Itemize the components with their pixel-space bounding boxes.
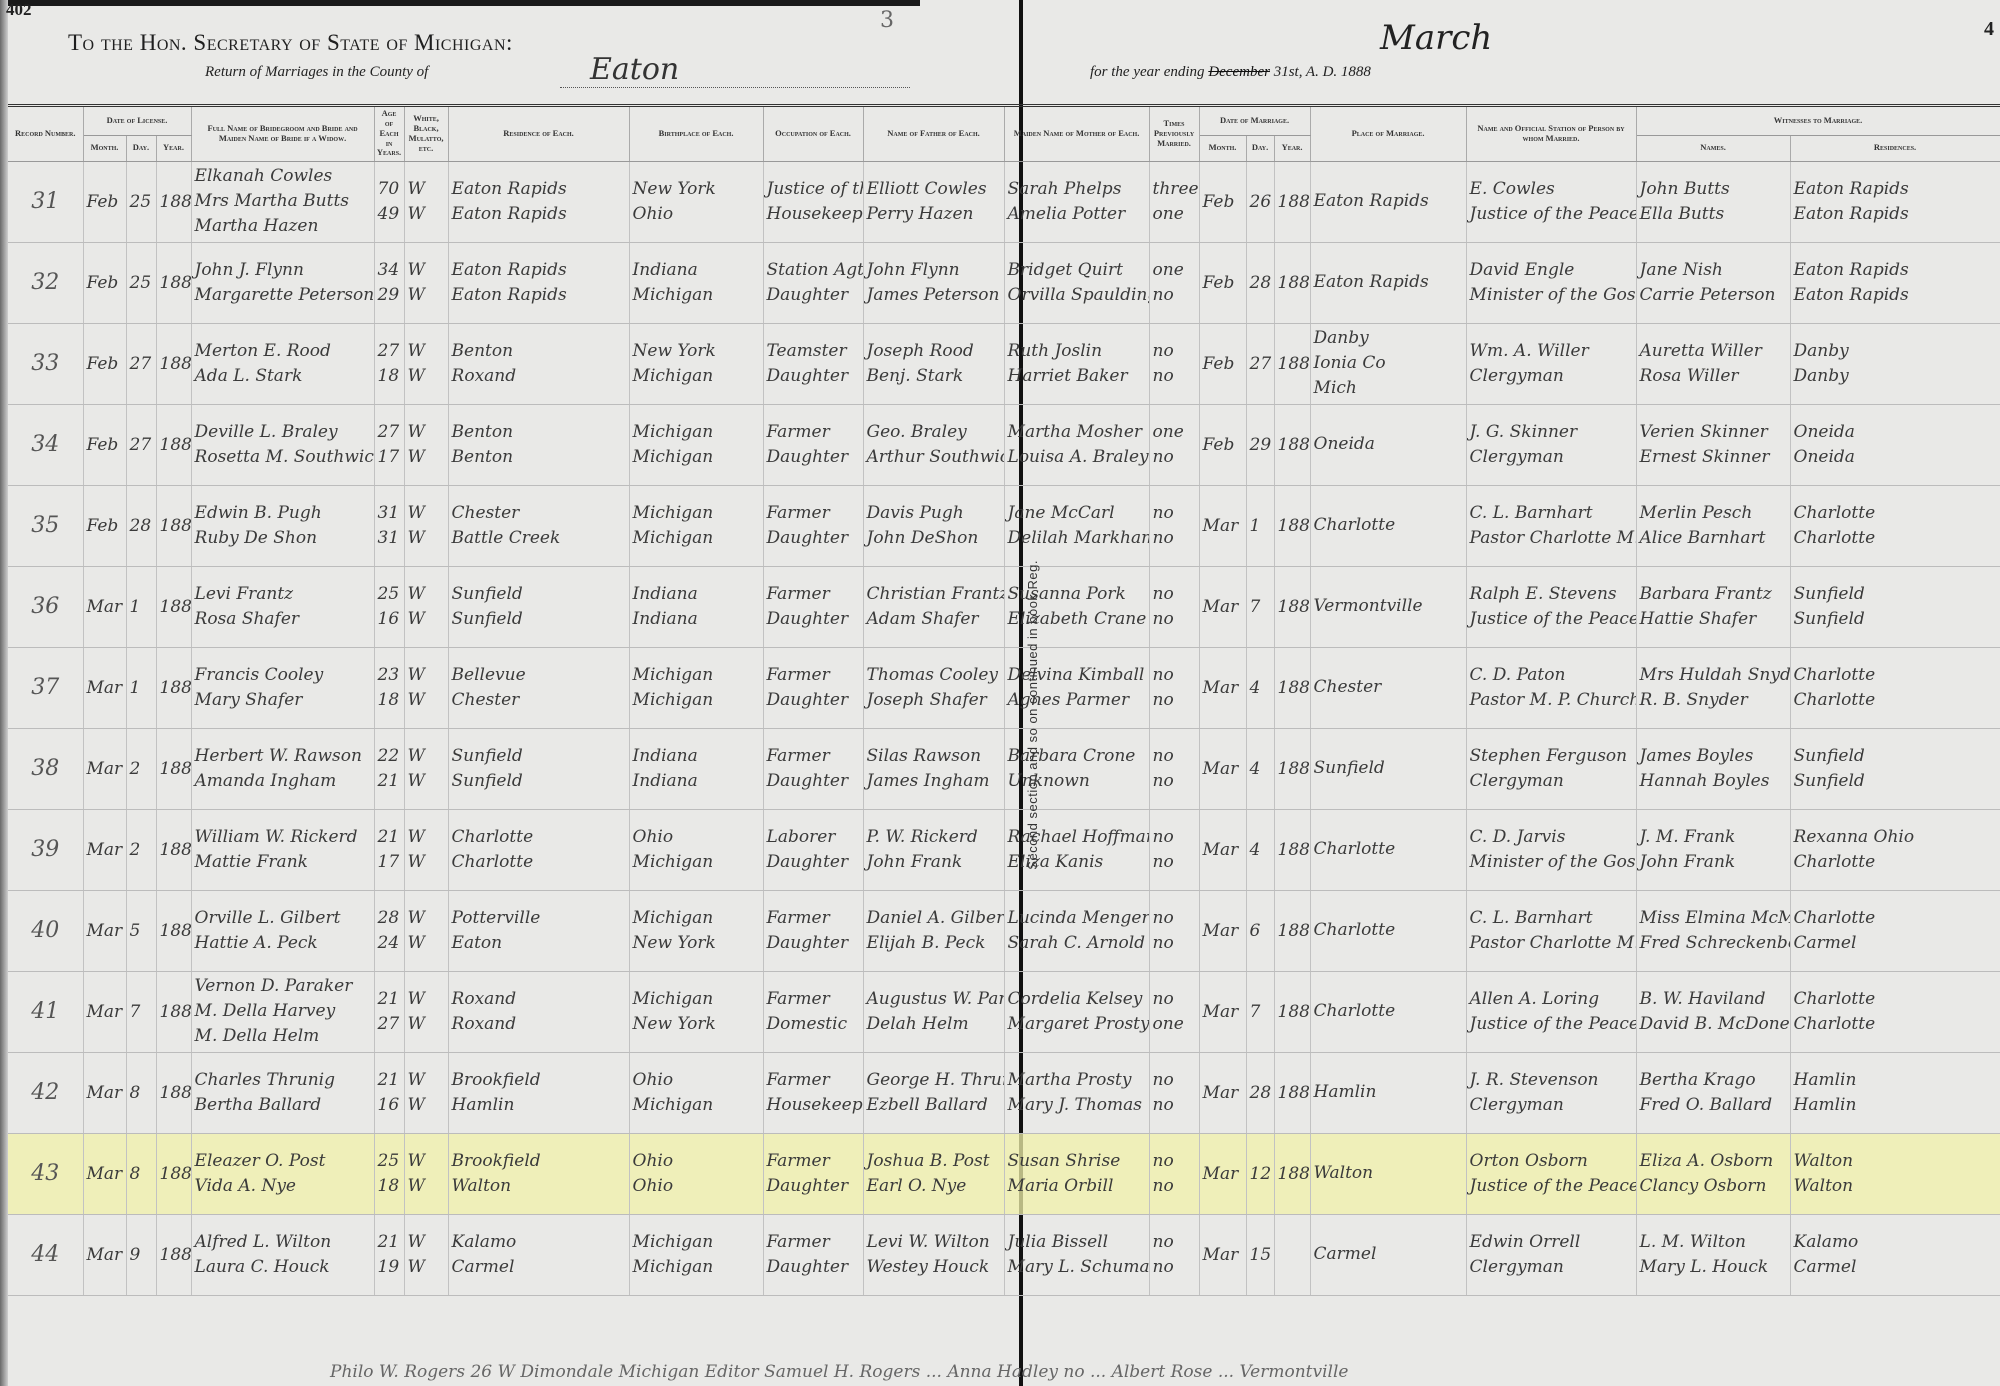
header-color: White, Black, Mulatto, etc. (404, 107, 448, 161)
birthplace-line: New York (633, 339, 760, 364)
license-month: Mar (83, 647, 126, 728)
license-month: Feb (83, 242, 126, 323)
witness-names-line: David B. McDonell (1640, 1012, 1787, 1037)
residence: BentonRoxand (448, 323, 629, 404)
marriage-place: Vermontville (1310, 566, 1466, 647)
header-times-married: Times Previously Married. (1149, 107, 1199, 161)
page-number-right: 4 (1984, 18, 1994, 41)
ages-line: 31 (378, 526, 401, 551)
mother-name: Cordelia KelseyMargaret Prosty (1004, 971, 1149, 1052)
residence-line: Benton (452, 445, 626, 470)
birthplace: New YorkOhio (629, 161, 763, 242)
witness-names-line: Auretta Willer (1640, 339, 1787, 364)
times-married: nono (1149, 890, 1199, 971)
marriage-day: 6 (1246, 890, 1274, 971)
records-body: 31Feb251888Elkanah CowlesMrs Martha Butt… (8, 161, 2000, 1295)
marriage-table: Record Number. Date of License. Full Nam… (8, 107, 2000, 1296)
times-married: nono (1149, 1214, 1199, 1295)
license-day: 2 (126, 728, 156, 809)
witness-names-line: Jane Nish (1640, 258, 1787, 283)
residence-line: Sunfield (452, 607, 626, 632)
father-name-line: Earl O. Nye (867, 1174, 1001, 1199)
officiant-line: Justice of the Peace (1470, 202, 1633, 227)
header-full-name: Full Name of Bridegroom and Bride and Ma… (191, 107, 374, 161)
times-married-line: no (1153, 987, 1196, 1012)
mother-name-line: Jane McCarl (1008, 501, 1146, 526)
mother-name-line: Harriet Baker (1008, 364, 1146, 389)
license-month: Mar (83, 1052, 126, 1133)
color-line: W (408, 825, 445, 850)
marriage-place: DanbyIonia CoMich (1310, 323, 1466, 404)
table-row: 41Mar71888Vernon D. ParakerM. Della Harv… (8, 971, 2000, 1052)
birthplace: OhioMichigan (629, 809, 763, 890)
officiant-line: C. D. Jarvis (1470, 825, 1633, 850)
marriage-place: Charlotte (1310, 485, 1466, 566)
witness-names: Barbara FrantzHattie Shafer (1636, 566, 1790, 647)
header-marriage-month: Month. (1199, 135, 1246, 161)
ages-line: 17 (378, 445, 401, 470)
witness-names-line: J. M. Frank (1640, 825, 1787, 850)
couple-names-line: Amanda Ingham (195, 769, 371, 794)
witness-names: B. W. HavilandDavid B. McDonell (1636, 971, 1790, 1052)
color-line: W (408, 663, 445, 688)
marriage-year: 1888 (1274, 404, 1310, 485)
witness-names: J. M. FrankJohn Frank (1636, 809, 1790, 890)
marriage-month: Feb (1199, 323, 1246, 404)
residence: RoxandRoxand (448, 971, 629, 1052)
marriage-year: 1888 (1274, 566, 1310, 647)
residence-line: Sunfield (452, 769, 626, 794)
times-married: nono (1149, 323, 1199, 404)
marriage-day: 28 (1246, 1052, 1274, 1133)
occupation-line: Daughter (767, 1174, 860, 1199)
record-number: 33 (8, 323, 83, 404)
witness-names-line: James Boyles (1640, 744, 1787, 769)
witness-names: James BoylesHannah Boyles (1636, 728, 1790, 809)
marriage-year: 1888 (1274, 890, 1310, 971)
color-line: W (408, 987, 445, 1012)
residence-line: Eaton Rapids (452, 177, 626, 202)
father-name-line: James Peterson (867, 283, 1001, 308)
marriage-place: Walton (1310, 1133, 1466, 1214)
couple-names: Merton E. RoodAda L. Stark (191, 323, 374, 404)
mother-name-line: Lucinda Menger (1008, 906, 1146, 931)
marriage-place: Charlotte (1310, 890, 1466, 971)
marriage-place: Carmel (1310, 1214, 1466, 1295)
header-age: Age of Each in Years. (374, 107, 404, 161)
birthplace-line: Michigan (633, 1255, 760, 1280)
times-married-line: no (1153, 364, 1196, 389)
residence-line: Roxand (452, 987, 626, 1012)
mother-name: Sarah PhelpsAmelia Potter (1004, 161, 1149, 242)
marriage-place-line: Vermontville (1314, 594, 1463, 619)
witness-residences: KalamoCarmel (1790, 1214, 2000, 1295)
birthplace-line: Michigan (633, 526, 760, 551)
header-witness-residences: Residences. (1790, 135, 2000, 161)
occupation-line: Daughter (767, 445, 860, 470)
marriage-month: Mar (1199, 485, 1246, 566)
father-name-line: Joseph Shafer (867, 688, 1001, 713)
times-married: nono (1149, 1052, 1199, 1133)
license-year: 1888 (156, 1214, 191, 1295)
residence: Eaton RapidsEaton Rapids (448, 161, 629, 242)
marriage-place-line: Charlotte (1314, 999, 1463, 1024)
witness-names-line: Clancy Osborn (1640, 1174, 1787, 1199)
ages-line: 16 (378, 1093, 401, 1118)
officiant-line: Clergyman (1470, 445, 1633, 470)
color-line: W (408, 906, 445, 931)
times-married-line: no (1153, 1093, 1196, 1118)
witness-residences-line: Hamlin (1794, 1093, 1997, 1118)
color: WW (404, 971, 448, 1052)
color-line: W (408, 1068, 445, 1093)
witness-residences-line: Oneida (1794, 445, 1997, 470)
witness-names-line: Carrie Peterson (1640, 283, 1787, 308)
witness-residences: SunfieldSunfield (1790, 566, 2000, 647)
occupation: FarmerDaughter (763, 1214, 863, 1295)
father-name-line: John Frank (867, 850, 1001, 875)
witness-names: Bertha KragoFred O. Ballard (1636, 1052, 1790, 1133)
residence-line: Sunfield (452, 582, 626, 607)
marriage-place-line: Walton (1314, 1161, 1463, 1186)
birthplace-line: Michigan (633, 850, 760, 875)
marriage-place: Charlotte (1310, 809, 1466, 890)
witness-residences-line: Sunfield (1794, 582, 1997, 607)
color: WW (404, 809, 448, 890)
license-year: 1888 (156, 809, 191, 890)
birthplace-line: Michigan (633, 420, 760, 445)
record-number: 43 (8, 1133, 83, 1214)
record-number: 34 (8, 404, 83, 485)
residence-line: Kalamo (452, 1230, 626, 1255)
color-line: W (408, 1174, 445, 1199)
couple-names-line: M. Della Harvey (195, 999, 371, 1024)
residence-line: Battle Creek (452, 526, 626, 551)
ages-line: 21 (378, 987, 401, 1012)
mother-name: Martha ProstyMary J. Thomas (1004, 1052, 1149, 1133)
ages-line: 25 (378, 582, 401, 607)
birthplace-line: Ohio (633, 825, 760, 850)
color-line: W (408, 931, 445, 956)
times-married-line: no (1153, 607, 1196, 632)
year-ending-line: for the year ending December 31st, A. D.… (1090, 64, 1371, 81)
witness-names-line: Barbara Frantz (1640, 582, 1787, 607)
license-year: 1888 (156, 647, 191, 728)
marriage-year (1274, 1214, 1310, 1295)
mother-name-line: Sarah C. Arnold (1008, 931, 1146, 956)
marriage-month: Feb (1199, 161, 1246, 242)
ages-line: 29 (378, 283, 401, 308)
officiant-line: Wm. A. Willer (1470, 339, 1633, 364)
couple-names-line: Orville L. Gilbert (195, 906, 371, 931)
witness-names: Miss Elmina McMickellFred Schreckenberge… (1636, 890, 1790, 971)
witness-names-line: L. M. Wilton (1640, 1230, 1787, 1255)
ages-line: 27 (378, 420, 401, 445)
color: WW (404, 728, 448, 809)
officiant: J. G. SkinnerClergyman (1466, 404, 1636, 485)
occupation-line: Daughter (767, 283, 860, 308)
father-name-line: Geo. Braley (867, 420, 1001, 445)
couple-names: Charles ThrunigBertha Ballard (191, 1052, 374, 1133)
birthplace: IndianaIndiana (629, 566, 763, 647)
ages-line: 22 (378, 744, 401, 769)
residence-line: Roxand (452, 1012, 626, 1037)
father-name: George H. ThrunigEzbell Ballard (863, 1052, 1004, 1133)
residence-line: Eaton (452, 931, 626, 956)
marriage-day: 7 (1246, 971, 1274, 1052)
times-married-line: no (1153, 1068, 1196, 1093)
color-line: W (408, 582, 445, 607)
officiant: J. R. StevensonClergyman (1466, 1052, 1636, 1133)
mother-name: Lucinda MengerSarah C. Arnold (1004, 890, 1149, 971)
color-line: W (408, 501, 445, 526)
residence-line: Charlotte (452, 850, 626, 875)
occupation-line: Farmer (767, 744, 860, 769)
color-line: W (408, 526, 445, 551)
couple-names: Elkanah CowlesMrs Martha ButtsMartha Haz… (191, 161, 374, 242)
license-year: 1888 (156, 242, 191, 323)
father-name: Silas RawsonJames Ingham (863, 728, 1004, 809)
residence-line: Chester (452, 688, 626, 713)
couple-names-line: Merton E. Rood (195, 339, 371, 364)
officiant: Stephen FergusonClergyman (1466, 728, 1636, 809)
officiant-line: J. R. Stevenson (1470, 1068, 1633, 1093)
witness-names-line: Bertha Krago (1640, 1068, 1787, 1093)
ages-line: 17 (378, 850, 401, 875)
father-name: Joseph RoodBenj. Stark (863, 323, 1004, 404)
times-married-line: no (1153, 582, 1196, 607)
times-married-line: no (1153, 931, 1196, 956)
marriage-day: 15 (1246, 1214, 1274, 1295)
occupation-line: Farmer (767, 987, 860, 1012)
father-name-line: Levi W. Wilton (867, 1230, 1001, 1255)
license-month: Feb (83, 161, 126, 242)
couple-names: Edwin B. PughRuby De Shon (191, 485, 374, 566)
officiant: Edwin OrrellClergyman (1466, 1214, 1636, 1295)
header-witnesses: Witnesses to Marriage. (1636, 107, 2000, 135)
color: WW (404, 1214, 448, 1295)
residence-line: Carmel (452, 1255, 626, 1280)
color-line: W (408, 1230, 445, 1255)
birthplace-line: Indiana (633, 582, 760, 607)
witness-residences-line: Charlotte (1794, 526, 1997, 551)
witness-residences-line: Charlotte (1794, 688, 1997, 713)
couple-names-line: Edwin B. Pugh (195, 501, 371, 526)
witness-names-line: Mrs Huldah Snyder (1640, 663, 1787, 688)
marriage-place: Sunfield (1310, 728, 1466, 809)
couple-names-line: Hattie A. Peck (195, 931, 371, 956)
father-name: Geo. BraleyArthur Southwick (863, 404, 1004, 485)
residence: PottervilleEaton (448, 890, 629, 971)
couple-names-line: Charles Thrunig (195, 1068, 371, 1093)
marriage-place-line: Charlotte (1314, 918, 1463, 943)
times-married-line: no (1153, 526, 1196, 551)
times-married: nono (1149, 809, 1199, 890)
couple-names: Herbert W. RawsonAmanda Ingham (191, 728, 374, 809)
color-line: W (408, 1012, 445, 1037)
header-license-month: Month. (83, 135, 126, 161)
officiant-line: Clergyman (1470, 364, 1633, 389)
ages: 2516 (374, 566, 404, 647)
ages-line: 18 (378, 688, 401, 713)
marriage-place: Hamlin (1310, 1052, 1466, 1133)
color: WW (404, 242, 448, 323)
witness-residences-line: Charlotte (1794, 501, 1997, 526)
mother-name-line: Margaret Prosty (1008, 1012, 1146, 1037)
father-name-line: John Flynn (867, 258, 1001, 283)
marriage-month: Feb (1199, 404, 1246, 485)
couple-names-line: William W. Rickerd (195, 825, 371, 850)
birthplace-line: Indiana (633, 607, 760, 632)
occupation: FarmerDaughter (763, 890, 863, 971)
ages-line: 70 (378, 177, 401, 202)
residence: ChesterBattle Creek (448, 485, 629, 566)
father-name-line: Westey Houck (867, 1255, 1001, 1280)
marriage-place: Eaton Rapids (1310, 242, 1466, 323)
couple-names: Alfred L. WiltonLaura C. Houck (191, 1214, 374, 1295)
record-number: 37 (8, 647, 83, 728)
birthplace-line: Ohio (633, 1149, 760, 1174)
residence-line: Potterville (452, 906, 626, 931)
color-line: W (408, 607, 445, 632)
color-line: W (408, 850, 445, 875)
license-day: 27 (126, 404, 156, 485)
officiant-line: Orton Osborn (1470, 1149, 1633, 1174)
ages-line: 21 (378, 825, 401, 850)
table-row: 42Mar81888Charles ThrunigBertha Ballard2… (8, 1052, 2000, 1133)
occupation: FarmerDaughter (763, 485, 863, 566)
residence-line: Eaton Rapids (452, 258, 626, 283)
residence: BentonBenton (448, 404, 629, 485)
marriage-day: 7 (1246, 566, 1274, 647)
marriage-month: Mar (1199, 647, 1246, 728)
witness-names: Mrs Huldah SnyderR. B. Snyder (1636, 647, 1790, 728)
occupation-line: Teamster (767, 339, 860, 364)
record-number: 32 (8, 242, 83, 323)
marriage-place-line: Ionia Co (1314, 351, 1463, 376)
father-name-line: Joseph Rood (867, 339, 1001, 364)
father-name: Thomas CooleyJoseph Shafer (863, 647, 1004, 728)
color: WW (404, 1133, 448, 1214)
header-record-number: Record Number. (8, 107, 83, 161)
witness-names-line: Alice Barnhart (1640, 526, 1787, 551)
occupation-line: Housekeeper (767, 202, 860, 227)
ages-line: 16 (378, 607, 401, 632)
witness-names-line: John Frank (1640, 850, 1787, 875)
father-name-line: Elliott Cowles (867, 177, 1001, 202)
color-line: W (408, 445, 445, 470)
occupation-line: Farmer (767, 582, 860, 607)
record-number: 35 (8, 485, 83, 566)
marriage-year: 1888 (1274, 161, 1310, 242)
father-name: Joshua B. PostEarl O. Nye (863, 1133, 1004, 1214)
birthplace-line: New York (633, 931, 760, 956)
father-name-line: Thomas Cooley (867, 663, 1001, 688)
license-month: Mar (83, 1214, 126, 1295)
license-day: 28 (126, 485, 156, 566)
times-married-line: three (1153, 177, 1196, 202)
table-row: 36Mar11888Levi FrantzRosa Shafer2516WWSu… (8, 566, 2000, 647)
witness-residences-line: Rexanna Ohio (1794, 825, 1997, 850)
father-name-line: Christian Frantz (867, 582, 1001, 607)
times-married-line: no (1153, 825, 1196, 850)
officiant-line: C. L. Barnhart (1470, 906, 1633, 931)
times-married-line: one (1153, 1012, 1196, 1037)
mother-name-line: Susan Shrise (1008, 1149, 1146, 1174)
couple-names-line: Eleazer O. Post (195, 1149, 371, 1174)
ages-line: 21 (378, 769, 401, 794)
father-name: Davis PughJohn DeShon (863, 485, 1004, 566)
header-officiant: Name and Official Station of Person by w… (1466, 107, 1636, 161)
times-married-line: no (1153, 339, 1196, 364)
birthplace-line: Michigan (633, 663, 760, 688)
mother-name: Jane McCarlDelilah Markham (1004, 485, 1149, 566)
occupation: FarmerDaughter (763, 647, 863, 728)
header-witness-names: Names. (1636, 135, 1790, 161)
mother-name-line: Mary J. Thomas (1008, 1093, 1146, 1118)
license-month: Mar (83, 890, 126, 971)
couple-names-line: Francis Cooley (195, 663, 371, 688)
license-day: 5 (126, 890, 156, 971)
table-row: 38Mar21888Herbert W. RawsonAmanda Ingham… (8, 728, 2000, 809)
times-married-line: no (1153, 663, 1196, 688)
occupation-line: Farmer (767, 1149, 860, 1174)
license-year: 1888 (156, 323, 191, 404)
residence: SunfieldSunfield (448, 728, 629, 809)
ages-line: 27 (378, 339, 401, 364)
birthplace-line: Ohio (633, 1174, 760, 1199)
occupation: FarmerDomestic (763, 971, 863, 1052)
witness-residences-line: Sunfield (1794, 744, 1997, 769)
witness-names-line: Merlin Pesch (1640, 501, 1787, 526)
residence-line: Eaton Rapids (452, 283, 626, 308)
occupation: FarmerDaughter (763, 566, 863, 647)
witness-names: Merlin PeschAlice Barnhart (1636, 485, 1790, 566)
ages: 3429 (374, 242, 404, 323)
birthplace-line: Ohio (633, 1068, 760, 1093)
witness-names-line: Verien Skinner (1640, 420, 1787, 445)
times-married-line: no (1153, 445, 1196, 470)
officiant: C. L. BarnhartPastor Charlotte M. E. Chu… (1466, 485, 1636, 566)
witness-residences: OneidaOneida (1790, 404, 2000, 485)
color: WW (404, 161, 448, 242)
margin-note: Second section and so on continued in bo… (1025, 560, 1040, 870)
year-suffix: 31st, A. D. 1888 (1274, 64, 1371, 80)
couple-names-line: Rosa Shafer (195, 607, 371, 632)
couple-names-line: Vernon D. Paraker (195, 974, 371, 999)
return-subtitle: Return of Marriages in the County of (205, 64, 428, 81)
witness-residences-line: Walton (1794, 1174, 1997, 1199)
color: WW (404, 566, 448, 647)
mother-name-line: Sarah Phelps (1008, 177, 1146, 202)
occupation: Justice of the PeaceHousekeeper (763, 161, 863, 242)
witness-residences: CharlotteCharlotte (1790, 647, 2000, 728)
officiant-line: Justice of the Peace (1470, 1012, 1633, 1037)
residence-line: Roxand (452, 364, 626, 389)
residence-line: Walton (452, 1174, 626, 1199)
ages-line: 21 (378, 1230, 401, 1255)
officiant: Wm. A. WillerClergyman (1466, 323, 1636, 404)
occupation: FarmerHousekeeper (763, 1052, 863, 1133)
header-mother: Maiden Name of Mother of Each. (1004, 107, 1149, 161)
marriage-place-line: Chester (1314, 675, 1463, 700)
record-number: 36 (8, 566, 83, 647)
residence: SunfieldSunfield (448, 566, 629, 647)
residence-line: Eaton Rapids (452, 202, 626, 227)
birthplace: OhioMichigan (629, 1052, 763, 1133)
witness-residences: CharlotteCarmel (1790, 890, 2000, 971)
color-line: W (408, 769, 445, 794)
